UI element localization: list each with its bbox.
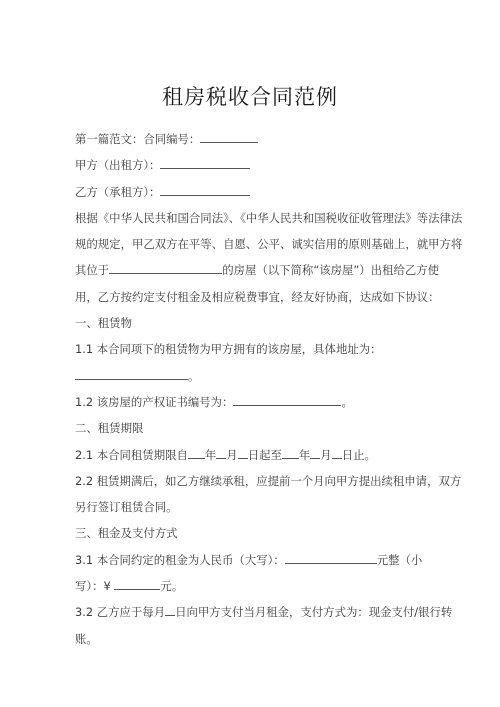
line-text: 三、租金及支付方式 bbox=[75, 526, 178, 540]
document-title: 租房税收合同范例 bbox=[0, 82, 500, 112]
blank-fill-line bbox=[160, 157, 250, 169]
document-line: 甲方（出租方）： bbox=[75, 152, 425, 178]
blank-fill-line bbox=[200, 131, 258, 143]
line-text: 3.1 本合同约定的租金为人民币（大写）： bbox=[75, 553, 285, 567]
document-line: 。 bbox=[75, 363, 425, 389]
document-line: 账。 bbox=[75, 626, 425, 652]
blank-fill-line bbox=[238, 447, 248, 459]
document-line: 其位于的房屋（以下简称“该房屋”）出租给乙方使 bbox=[75, 257, 425, 283]
line-text: 年 bbox=[299, 448, 310, 462]
document-line: 3.2 乙方应于每月日向甲方支付当月租金，支付方式为：现金支付/银行转 bbox=[75, 599, 425, 625]
blank-fill-line bbox=[75, 368, 188, 380]
line-text: 一、租赁物 bbox=[75, 316, 132, 330]
document-line: 用，乙方按约定支付租金及相应税费事宜，经友好协商，达成如下协议： bbox=[75, 284, 425, 310]
blank-fill-line bbox=[332, 447, 342, 459]
line-text: 元整（小 bbox=[377, 553, 423, 567]
blank-fill-line bbox=[109, 262, 222, 274]
line-text: 其位于 bbox=[75, 263, 109, 277]
document-line: 乙方（承租方）： bbox=[75, 179, 425, 205]
line-text: 日止。 bbox=[342, 448, 376, 462]
line-text: 月 bbox=[320, 448, 331, 462]
document-line: 一、租赁物 bbox=[75, 310, 425, 336]
blank-fill-line bbox=[233, 394, 341, 406]
line-text: 2.2 租赁期满后，如乙方继续承租，应提前一个月向甲方提出续租申请，双方 bbox=[75, 474, 461, 488]
line-text: 规的规定，甲乙双方在平等、自愿、公平、诚实信用的原则基础上，就甲方将 bbox=[75, 237, 462, 251]
document-page: 租房税收合同范例 第一篇范文：合同编号：甲方（出租方）：乙方（承租方）：根据《中… bbox=[0, 0, 500, 707]
blank-fill-line bbox=[282, 447, 299, 459]
line-text: 。 bbox=[341, 395, 352, 409]
document-line: 第一篇范文：合同编号： bbox=[75, 126, 425, 152]
document-line: 二、租赁期限 bbox=[75, 415, 425, 441]
line-text: 另行签订租赁合同。 bbox=[75, 500, 178, 514]
line-text: 月 bbox=[226, 448, 237, 462]
document-line: 写）：¥ 元。 bbox=[75, 573, 425, 599]
document-line: 三、租金及支付方式 bbox=[75, 520, 425, 546]
line-text: 二、租赁期限 bbox=[75, 421, 143, 435]
blank-fill-line bbox=[160, 184, 250, 196]
line-text: 乙方（承租方）： bbox=[75, 185, 160, 199]
line-text: 2.1 本合同租赁期限自 bbox=[75, 448, 188, 462]
document-line: 另行签订租赁合同。 bbox=[75, 494, 425, 520]
document-line: 3.1 本合同约定的租金为人民币（大写）：元整（小 bbox=[75, 547, 425, 573]
line-text: 用，乙方按约定支付租金及相应税费事宜，经友好协商，达成如下协议： bbox=[75, 290, 440, 304]
line-text: 甲方（出租方）： bbox=[75, 158, 160, 172]
line-text: 1.2 该房屋的产权证书编号为： bbox=[75, 395, 233, 409]
line-text: 日向甲方支付当月租金，支付方式为：现金支付/银行转 bbox=[175, 605, 452, 619]
blank-fill-line bbox=[188, 447, 205, 459]
document-line: 1.2 该房屋的产权证书编号为：。 bbox=[75, 389, 425, 415]
document-line: 2.1 本合同租赁期限自年月日起至年月日止。 bbox=[75, 442, 425, 468]
line-text: 1.1 本合同项下的租赁物为甲方拥有的该房屋，具体地址为： bbox=[75, 342, 382, 356]
line-text: 3.2 乙方应于每月 bbox=[75, 605, 165, 619]
line-text: 年 bbox=[205, 448, 216, 462]
line-text: 。 bbox=[188, 369, 199, 383]
line-text: 日起至 bbox=[248, 448, 282, 462]
line-text: 元。 bbox=[160, 579, 183, 593]
document-line: 规的规定，甲乙双方在平等、自愿、公平、诚实信用的原则基础上，就甲方将 bbox=[75, 231, 425, 257]
blank-fill-line bbox=[216, 447, 226, 459]
line-text: 账。 bbox=[75, 632, 98, 646]
line-text: 写）：¥ bbox=[75, 579, 114, 593]
document-line: 1.1 本合同项下的租赁物为甲方拥有的该房屋，具体地址为： bbox=[75, 336, 425, 362]
document-line: 2.2 租赁期满后，如乙方继续承租，应提前一个月向甲方提出续租申请，双方 bbox=[75, 468, 425, 494]
document-body: 第一篇范文：合同编号：甲方（出租方）：乙方（承租方）：根据《中华人民共和国合同法… bbox=[75, 126, 425, 652]
blank-fill-line bbox=[310, 447, 320, 459]
blank-fill-line bbox=[285, 552, 377, 564]
document-line: 根据《中华人民共和国合同法》、《中华人民共和国税收征收管理法》等法律法 bbox=[75, 205, 425, 231]
blank-fill-line bbox=[114, 578, 160, 590]
line-text: 根据《中华人民共和国合同法》、《中华人民共和国税收征收管理法》等法律法 bbox=[75, 211, 462, 225]
line-text: 的房屋（以下简称“该房屋”）出租给乙方使 bbox=[222, 263, 439, 277]
line-text: 第一篇范文：合同编号： bbox=[75, 132, 200, 146]
blank-fill-line bbox=[165, 604, 175, 616]
